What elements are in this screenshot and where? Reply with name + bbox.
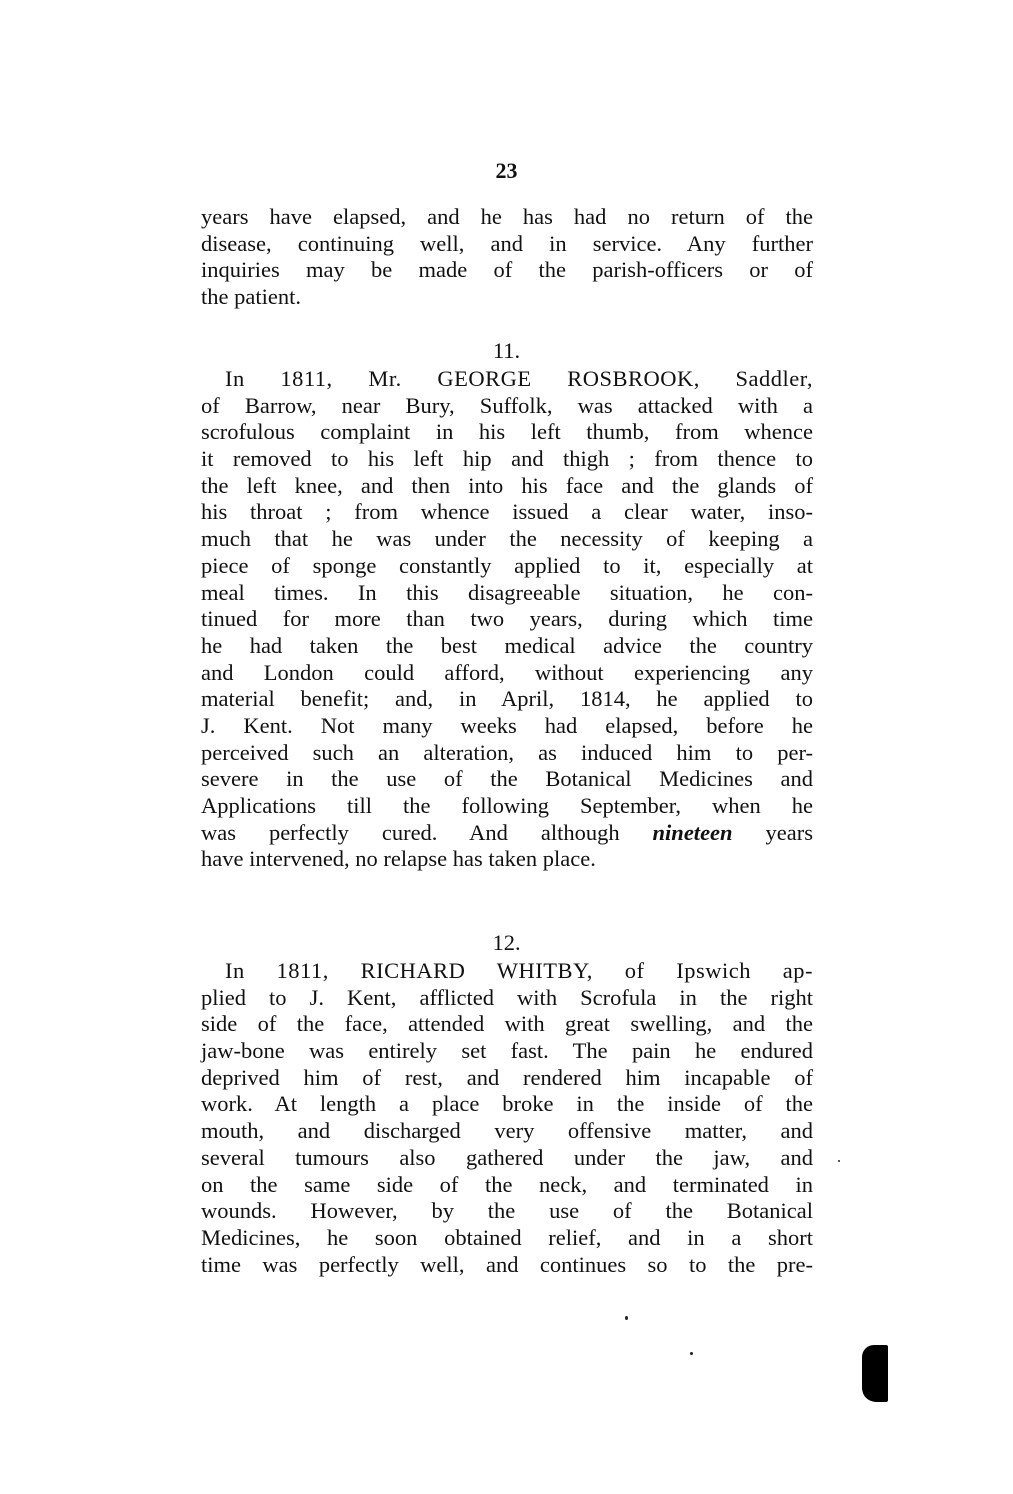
section-11-paragraph: In 1811, Mr. GEORGE ROSBROOK, Saddler, o… <box>201 366 813 873</box>
text-line: wounds. However, by the use of the Botan… <box>201 1198 813 1225</box>
text-line: piece of sponge constantly applied to it… <box>201 553 813 580</box>
text-line: In 1811, Mr. GEORGE ROSBROOK, Saddler, <box>201 366 813 393</box>
text-line: he had taken the best medical advice the… <box>201 633 813 660</box>
text-line-with-emphasis: was perfectly cured. And although ninete… <box>201 820 813 847</box>
text-line: much that he was under the necessity of … <box>201 526 813 553</box>
section-number-11: 11. <box>0 338 1013 364</box>
text-line: side of the face, attended with great sw… <box>201 1011 813 1038</box>
text-line: the patient. <box>201 284 813 311</box>
text-line: tinued for more than two years, during w… <box>201 606 813 633</box>
text-fragment: years <box>766 820 813 845</box>
text-line: have intervened, no relapse has taken pl… <box>201 846 813 873</box>
emphasized-word: nineteen <box>653 820 733 845</box>
scan-edge-artifact <box>862 1345 888 1402</box>
text-line: inquiries may be made of the parish-offi… <box>201 257 813 284</box>
text-line: meal times. In this disagreeable situati… <box>201 580 813 607</box>
book-page: 23 years have elapsed, and he has had no… <box>0 0 1013 1494</box>
text-line: and London could afford, without experie… <box>201 660 813 687</box>
text-fragment: was perfectly cured. And although <box>201 820 620 845</box>
text-line: his throat ; from whence issued a clear … <box>201 499 813 526</box>
text-line: material benefit; and, in April, 1814, h… <box>201 686 813 713</box>
text-line: years have elapsed, and he has had no re… <box>201 204 813 231</box>
text-line: work. At length a place broke in the ins… <box>201 1091 813 1118</box>
text-line: scrofulous complaint in his left thumb, … <box>201 419 813 446</box>
text-line: mouth, and discharged very offensive mat… <box>201 1118 813 1145</box>
text-line: J. Kent. Not many weeks had elapsed, bef… <box>201 713 813 740</box>
text-line: disease, continuing well, and in service… <box>201 231 813 258</box>
text-line: several tumours also gathered under the … <box>201 1145 813 1172</box>
text-line: In 1811, RICHARD WHITBY, of Ipswich ap- <box>201 958 813 985</box>
continuation-paragraph: years have elapsed, and he has had no re… <box>201 204 813 311</box>
text-line: Applications till the following Septembe… <box>201 793 813 820</box>
section-number-12: 12. <box>0 930 1013 956</box>
text-line: jaw-bone was entirely set fast. The pain… <box>201 1038 813 1065</box>
text-line: it removed to his left hip and thigh ; f… <box>201 446 813 473</box>
text-line: plied to J. Kent, afflicted with Scroful… <box>201 985 813 1012</box>
text-line: of Barrow, near Bury, Suffolk, was attac… <box>201 393 813 420</box>
text-line: Medicines, he soon obtained relief, and … <box>201 1225 813 1252</box>
text-line: perceived such an alteration, as induced… <box>201 740 813 767</box>
section-12-paragraph: In 1811, RICHARD WHITBY, of Ipswich ap- … <box>201 958 813 1278</box>
text-line: on the same side of the neck, and termin… <box>201 1172 813 1199</box>
text-line: time was perfectly well, and continues s… <box>201 1252 813 1279</box>
text-line: severe in the use of the Botanical Medic… <box>201 766 813 793</box>
scan-speck <box>838 1160 840 1162</box>
scan-speck <box>625 1316 628 1320</box>
scan-speck <box>690 1352 693 1355</box>
text-line: the left knee, and then into his face an… <box>201 473 813 500</box>
page-number: 23 <box>0 158 1013 184</box>
text-line: deprived him of rest, and rendered him i… <box>201 1065 813 1092</box>
